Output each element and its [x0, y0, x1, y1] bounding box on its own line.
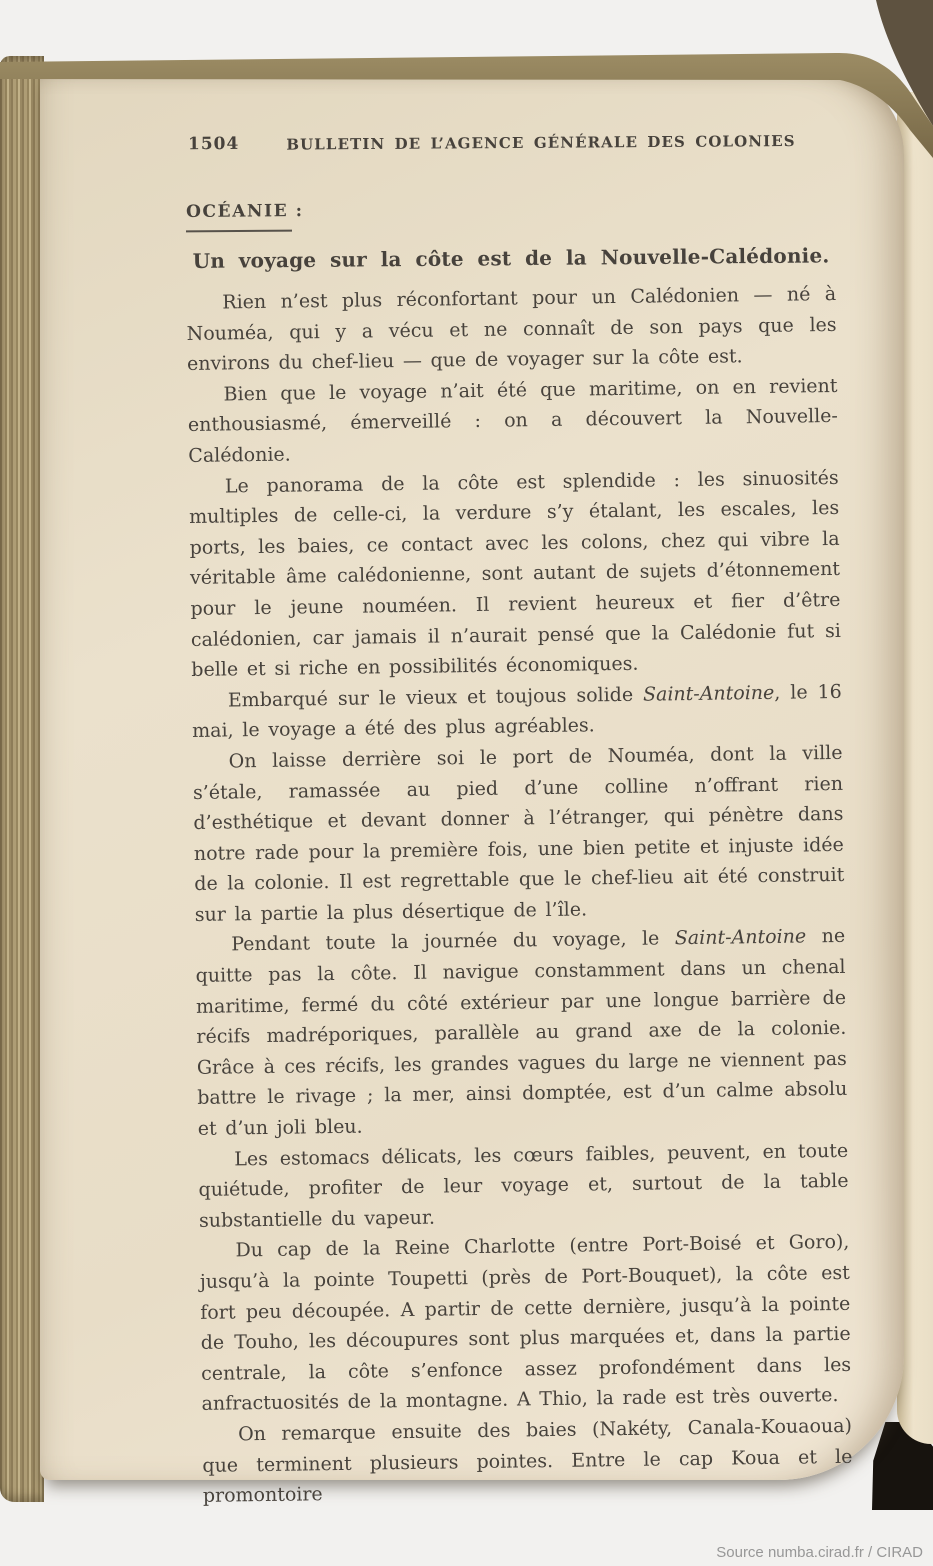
paragraph-text: Les estomacs délicats, les cœurs faibles… [198, 1139, 848, 1231]
running-header: 1504 BULLETIN DE L’AGENCE GÉNÉRALE DES C… [186, 130, 836, 159]
paragraph-text: Bien que le voyage n’ait été que maritim… [188, 375, 838, 467]
paragraph: Le panorama de la côte est splendide : l… [189, 462, 842, 685]
article-body: Rien n’est plus réconfortant pour un Cal… [186, 279, 853, 1512]
section-rule [186, 230, 292, 233]
paragraph: Embarqué sur le vieux et toujous solide … [192, 677, 843, 747]
paragraph-text: Le panorama de la côte est splendide : l… [189, 466, 841, 681]
ship-name-italic: Saint-Antoine [643, 682, 775, 706]
paragraph-text: On laisse derrière soi le port de Nouméa… [193, 742, 845, 926]
paragraph: Rien n’est plus réconfortant pour un Cal… [186, 279, 837, 380]
paragraph-text: On remarque ensuite des baies (Nakéty, C… [202, 1415, 852, 1507]
book-page: 1504 BULLETIN DE L’AGENCE GÉNÉRALE DES C… [40, 70, 904, 1480]
book-scan: 1504 BULLETIN DE L’AGENCE GÉNÉRALE DES C… [0, 0, 933, 1566]
section-label: OCÉANIE : [186, 197, 836, 222]
ship-name-italic: Saint-Antoine [675, 926, 807, 950]
page-content: 1504 BULLETIN DE L’AGENCE GÉNÉRALE DES C… [186, 132, 836, 1512]
paragraph-text: Rien n’est plus réconfortant pour un Cal… [186, 283, 836, 375]
paragraph-text: Embarqué sur le vieux et toujous solide [228, 683, 643, 711]
article-title: Un voyage sur la côte est de la Nouvelle… [186, 243, 836, 273]
paragraph: Du cap de la Reine Charlotte (entre Port… [199, 1227, 851, 1420]
paragraph-text: Du cap de la Reine Charlotte (entre Port… [200, 1231, 852, 1415]
paragraph-text: Pendant toute la journée du voyage, le [231, 928, 675, 956]
book-page-edges-left [0, 56, 44, 1502]
page-number: 1504 [188, 134, 239, 154]
paragraph-text: ne quitte pas la côte. Il navigue consta… [195, 925, 847, 1140]
paragraph: Pendant toute la journée du voyage, le S… [195, 921, 848, 1144]
paragraph: On laisse derrière soi le port de Nouméa… [192, 738, 844, 931]
source-watermark: Source numba.cirad.fr / CIRAD [716, 1544, 923, 1561]
paragraph: Les estomacs délicats, les cœurs faibles… [198, 1135, 849, 1236]
paragraph: Bien que le voyage n’ait été que maritim… [187, 371, 838, 472]
journal-title: BULLETIN DE L’AGENCE GÉNÉRALE DES COLONI… [256, 132, 826, 154]
paragraph: On remarque ensuite des baies (Nakéty, C… [202, 1411, 853, 1512]
